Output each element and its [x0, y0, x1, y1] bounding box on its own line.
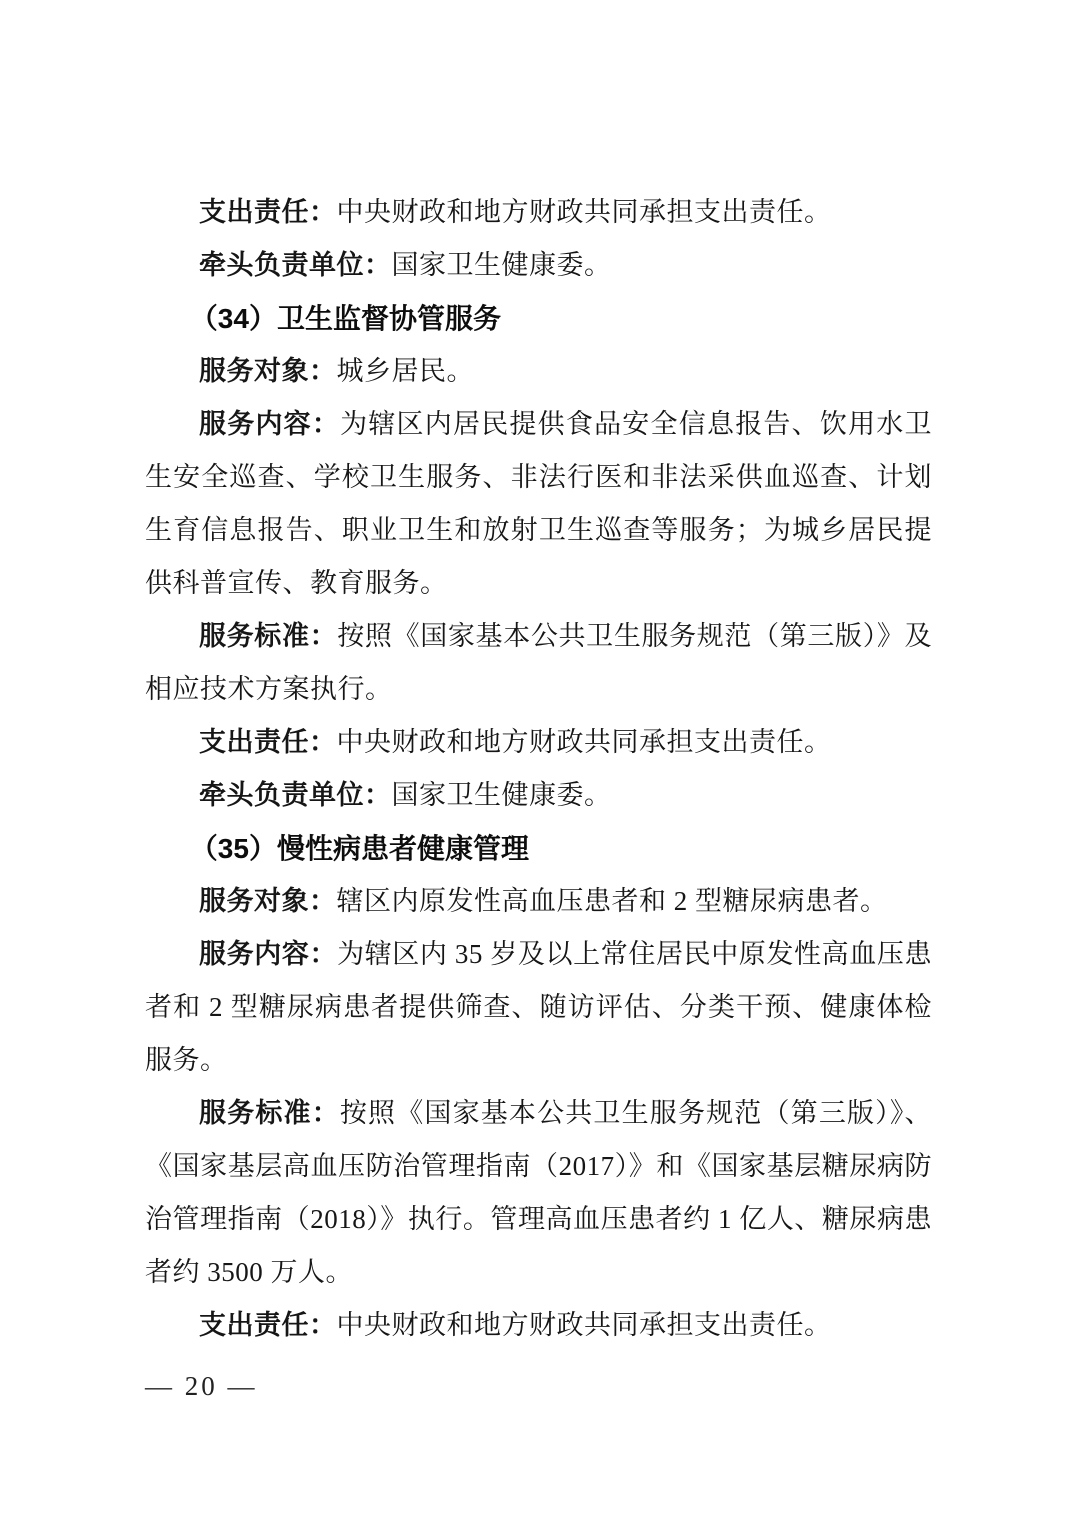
para-label: 服务标准： [199, 1098, 340, 1128]
para-service-target-34: 服务对象：城乡居民。 [145, 345, 932, 398]
document-page: 支出责任：中央财政和地方财政共同承担支出责任。 牵头负责单位：国家卫生健康委。 … [0, 0, 1074, 1520]
para-lead-unit-34: 牵头负责单位：国家卫生健康委。 [145, 769, 932, 822]
para-label: 支出责任： [199, 1310, 337, 1340]
para-service-content-34: 服务内容：为辖区内居民提供食品安全信息报告、饮用水卫生安全巡查、学校卫生服务、非… [145, 398, 932, 610]
para-text: 国家卫生健康委。 [392, 780, 612, 810]
document-body: 支出责任：中央财政和地方财政共同承担支出责任。 牵头负责单位：国家卫生健康委。 … [145, 186, 932, 1352]
para-text: 中央财政和地方财政共同承担支出责任。 [337, 727, 832, 757]
para-service-content-35: 服务内容：为辖区内 35 岁及以上常住居民中原发性高血压患者和 2 型糖尿病患者… [145, 928, 932, 1087]
para-text: 城乡居民。 [337, 356, 475, 386]
para-expenditure-responsibility-35: 支出责任：中央财政和地方财政共同承担支出责任。 [145, 1299, 932, 1352]
para-text: 国家卫生健康委。 [392, 250, 612, 280]
heading-item-35: （35）慢性病患者健康管理 [145, 822, 932, 875]
para-label: 牵头负责单位： [199, 780, 392, 810]
page-number: — 20 — [145, 1366, 258, 1406]
para-lead-unit-prev: 牵头负责单位：国家卫生健康委。 [145, 239, 932, 292]
para-text: 中央财政和地方财政共同承担支出责任。 [337, 1310, 832, 1340]
para-label: 服务内容： [199, 409, 340, 439]
para-text: 中央财政和地方财政共同承担支出责任。 [337, 197, 832, 227]
para-service-standard-34: 服务标准：按照《国家基本公共卫生服务规范（第三版）》及相应技术方案执行。 [145, 610, 932, 716]
para-label: 牵头负责单位： [199, 250, 392, 280]
para-text: 辖区内原发性高血压患者和 2 型糖尿病患者。 [337, 886, 888, 916]
para-service-standard-35: 服务标准：按照《国家基本公共卫生服务规范（第三版）》、《国家基层高血压防治管理指… [145, 1087, 932, 1299]
para-expenditure-responsibility-prev: 支出责任：中央财政和地方财政共同承担支出责任。 [145, 186, 932, 239]
para-service-target-35: 服务对象：辖区内原发性高血压患者和 2 型糖尿病患者。 [145, 875, 932, 928]
para-label: 支出责任： [199, 197, 337, 227]
para-label: 支出责任： [199, 727, 337, 757]
para-label: 服务内容： [199, 939, 337, 969]
para-label: 服务对象： [199, 356, 337, 386]
heading-item-34: （34）卫生监督协管服务 [145, 292, 932, 345]
para-label: 服务标准： [199, 621, 337, 651]
para-expenditure-responsibility-34: 支出责任：中央财政和地方财政共同承担支出责任。 [145, 716, 932, 769]
para-label: 服务对象： [199, 886, 337, 916]
